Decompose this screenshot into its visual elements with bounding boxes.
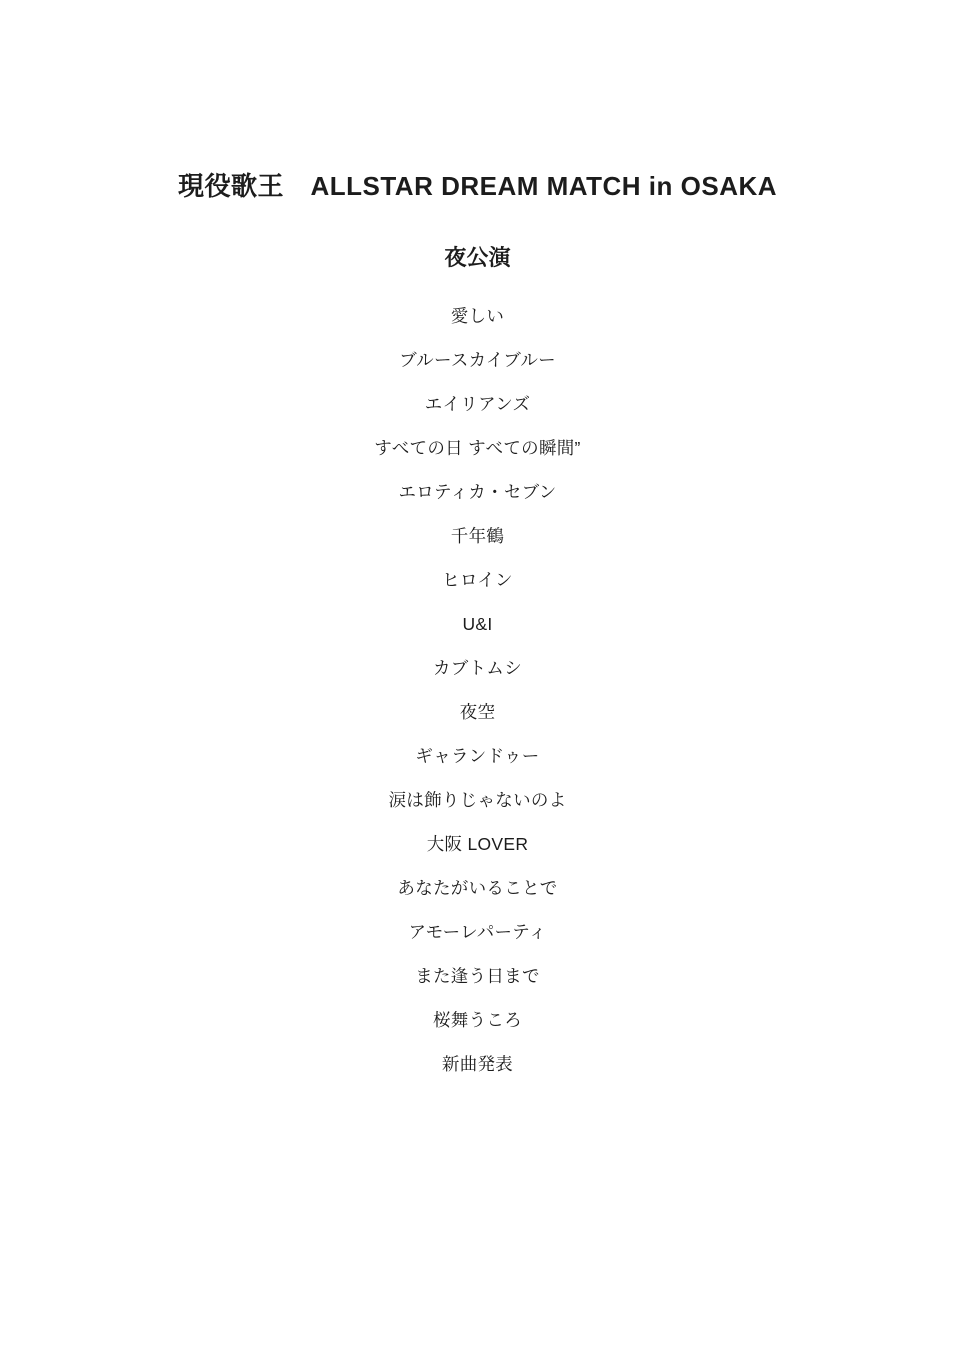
song-item: アモーレパーティ (0, 910, 955, 954)
song-item: エイリアンズ (0, 382, 955, 426)
song-item: 大阪 LOVER (0, 822, 955, 866)
song-item: 涙は飾りじゃないのよ (0, 778, 955, 822)
song-item: エロティカ・セブン (0, 470, 955, 514)
song-item: U&I (0, 602, 955, 646)
song-item: 千年鶴 (0, 514, 955, 558)
song-item: 新曲発表 (0, 1042, 955, 1086)
song-item: カブトムシ (0, 646, 955, 690)
song-list: 愛しいブルースカイブルーエイリアンズすべての日 すべての瞬間”エロティカ・セブン… (0, 294, 955, 1086)
song-item: 夜空 (0, 690, 955, 734)
song-item: また逢う日まで (0, 954, 955, 998)
song-item: すべての日 すべての瞬間” (0, 426, 955, 470)
page-title: 現役歌王 ALLSTAR DREAM MATCH in OSAKA (0, 0, 955, 202)
song-item: 桜舞うころ (0, 998, 955, 1042)
song-item: ギャランドゥー (0, 734, 955, 778)
song-item: あなたがいることで (0, 866, 955, 910)
song-item: ブルースカイブルー (0, 338, 955, 382)
song-item: ヒロイン (0, 558, 955, 602)
setlist-page: 現役歌王 ALLSTAR DREAM MATCH in OSAKA 夜公演 愛し… (0, 0, 955, 1350)
show-subtitle: 夜公演 (0, 244, 955, 272)
song-item: 愛しい (0, 294, 955, 338)
